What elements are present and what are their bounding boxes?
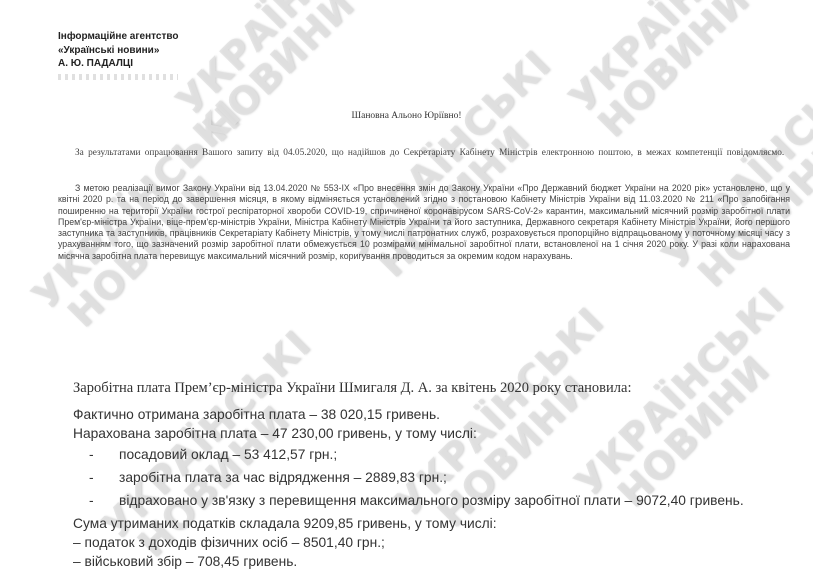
address-line: Інформаційне агентство: [58, 30, 178, 44]
watermark: УКРАЇНСЬКІ НОВИНИ: [562, 0, 757, 146]
watermark-text: УКРАЇНСЬКІ: [562, 0, 730, 119]
list-item: -заробітна плата за час відрядження – 28…: [73, 468, 793, 487]
salary-received: Фактично отримана заробітна плата – 38 0…: [73, 405, 793, 424]
address-line: «Українські новини»: [58, 44, 178, 58]
salary-details: Фактично отримана заробітна плата – 38 0…: [73, 405, 793, 571]
salutation: Шановна Альоно Юріївно!: [0, 111, 813, 121]
watermark-text: УКРАЇНСЬКІ: [169, 0, 323, 122]
watermark-text: НОВИНИ: [196, 0, 350, 149]
address-recipient: А. Ю. ПАДАЛЦІ: [58, 57, 178, 71]
tax-item: – податок з доходів фізичних осіб – 8501…: [73, 533, 793, 552]
tax-item: – військовий збір – 708,45 гривень.: [73, 552, 793, 571]
watermark-text: НОВИНИ: [589, 0, 757, 146]
redacted-line: [58, 74, 178, 80]
salary-accrued: Нарахована заробітна плата – 47 230,00 г…: [73, 424, 793, 443]
salary-title: Заробітна плата Прем’єр-міністра України…: [73, 380, 632, 397]
list-item: -відраховано у зв'язку з перевищення мак…: [73, 491, 793, 510]
letter-paragraph: З метою реалізації вимог Закону України …: [58, 183, 790, 262]
watermark: УКРАЇНСЬКІ НОВИНИ: [169, 0, 350, 149]
bullet-marker: -: [89, 445, 119, 464]
list-item-text: заробітна плата за час відрядження – 288…: [119, 470, 447, 485]
bullet-marker: -: [89, 491, 119, 510]
list-item-text: відраховано у зв'язку з перевищення макс…: [119, 493, 744, 508]
list-item-text: посадовий оклад – 53 412,57 грн.;: [119, 447, 337, 462]
letter-paragraph: За результатами опрацювання Вашого запит…: [58, 148, 788, 159]
address-block: Інформаційне агентство «Українські новин…: [58, 30, 178, 84]
list-item: -посадовий оклад – 53 412,57 грн.;: [73, 445, 793, 464]
taxes-total: Сума утриманих податків складала 9209,85…: [73, 514, 793, 533]
bullet-marker: -: [89, 468, 119, 487]
